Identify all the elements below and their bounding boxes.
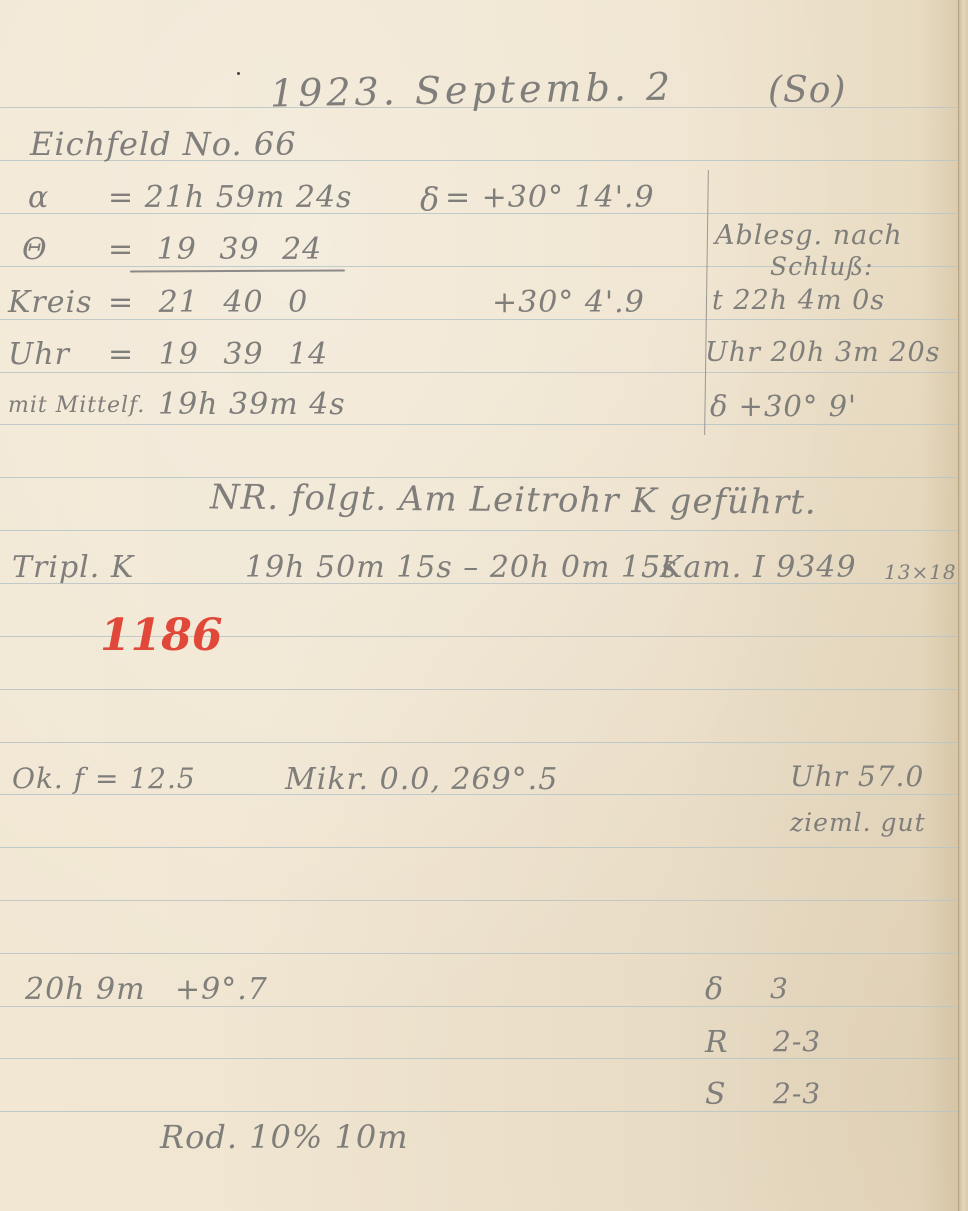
uhr-label: Uhr: [8, 337, 70, 372]
ruled-line: [0, 477, 958, 478]
mitte-value: 19h 39m 4s: [158, 387, 346, 422]
field-title: Eichfeld No. 66: [30, 125, 297, 163]
ruled-line: [0, 424, 958, 425]
theta-label: Θ: [22, 232, 48, 267]
entry-date: 1923. Septemb. 2: [270, 64, 675, 115]
rating-value: 2-3: [773, 1077, 821, 1110]
rating-label: S: [705, 1077, 727, 1112]
rating-value: 3: [770, 972, 789, 1005]
ruled-line: [0, 689, 958, 690]
column-divider: [704, 170, 709, 435]
seeing-quality: zieml. gut: [790, 808, 926, 837]
side-note-delta: δ +30° 9': [710, 389, 857, 423]
alpha-label: α: [28, 180, 49, 215]
side-note-uhr: Uhr 20h 3m 20s: [705, 337, 941, 368]
exposure-plate: Kam. I 9349: [660, 550, 857, 585]
reduction-note: Rod. 10% 10m: [160, 1118, 409, 1156]
clock-reading: Uhr 57.0: [790, 760, 924, 793]
ocular-setting: Ok. f = 12.5: [12, 762, 196, 795]
ruled-line: [0, 900, 958, 901]
kreis-value: = 21 40 0: [108, 285, 308, 320]
page-edge: [958, 0, 968, 1211]
micrometer-setting: Mikr. 0.0, 269°.5: [285, 762, 558, 797]
exposure-size: 13×18: [884, 560, 957, 584]
ruled-line: [0, 1111, 958, 1112]
entry-weekday: (So): [768, 70, 846, 111]
kreis-label: Kreis: [8, 285, 93, 320]
ruled-line: [0, 953, 958, 954]
alpha-value: = 21h 59m 24s: [108, 180, 352, 215]
remark: NR. folgt. Am Leitrohr K geführt.: [210, 477, 817, 522]
sum-underline: [130, 269, 345, 272]
rating-label: R: [705, 1025, 729, 1060]
side-note-heading-2: Schluß:: [770, 252, 873, 281]
exposure-time: 19h 50m 15s – 20h 0m 15s: [245, 550, 678, 585]
ruled-line: [0, 1058, 958, 1059]
guide-time: 20h 9m: [25, 972, 146, 1007]
ruled-line: [0, 372, 958, 373]
delta-label: δ: [420, 180, 440, 218]
ruled-line: [0, 742, 958, 743]
guide-declination: +9°.7: [175, 972, 268, 1007]
theta-value: = 19 39 24: [108, 232, 322, 267]
mitte-label: mit Mittelf.: [8, 393, 145, 418]
ruled-line: [0, 847, 958, 848]
side-note-t: t 22h 4m 0s: [712, 285, 885, 316]
rating-label: δ: [705, 972, 724, 1007]
notebook-page: 1923. Septemb. 2 (So) Eichfeld No. 66 α …: [0, 0, 968, 1211]
exposure-label: Tripl. K: [12, 550, 134, 585]
delta-value: = +30° 14'.9: [445, 180, 655, 215]
kreis-delta: +30° 4'.9: [492, 285, 645, 320]
rating-value: 2-3: [773, 1025, 821, 1058]
ink-dot: [237, 72, 240, 75]
side-note-heading: Ablesg. nach: [715, 220, 903, 251]
ruled-line: [0, 530, 958, 531]
plate-number: 1186: [100, 610, 222, 661]
uhr-value: = 19 39 14: [108, 337, 328, 372]
